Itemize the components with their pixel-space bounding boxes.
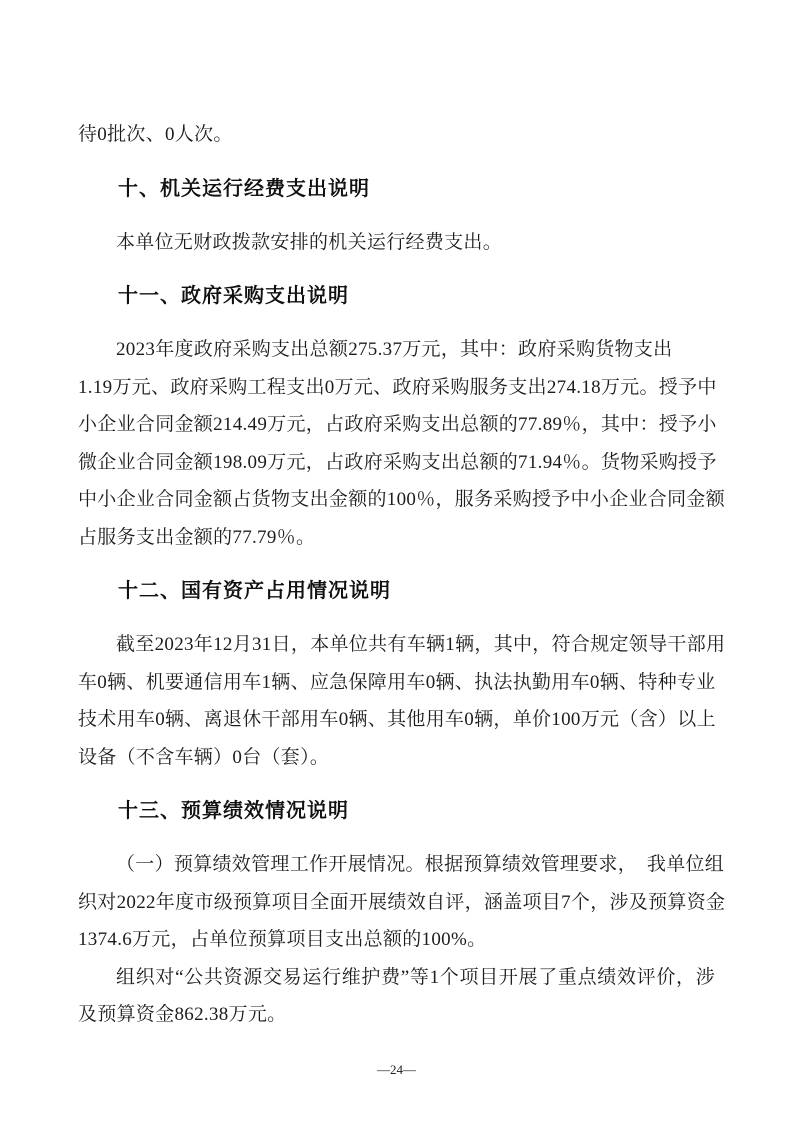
body-line: 2023年度政府采购支出总额275.37万元，其中：政府采购货物支出: [78, 331, 715, 369]
paragraph: 2023年度政府采购支出总额275.37万元，其中：政府采购货物支出 1.19万…: [78, 331, 715, 556]
continuation-paragraph: 待0批次、0人次。: [78, 116, 715, 154]
body-line: 微企业合同金额198.09万元，占政府采购支出总额的71.94％。货物采购授予: [78, 444, 715, 482]
section-heading-13: 十三、预算绩效情况说明: [78, 792, 715, 830]
body-line: 中小企业合同金额占货物支出金额的100％，服务采购授予中小企业合同金额: [78, 481, 715, 519]
body-line: 1.19万元、政府采购工程支出0万元、政府采购服务支出274.18万元。授予中: [78, 369, 715, 407]
body-line: 截至2023年12月31日，本单位共有车辆1辆，其中，符合规定领导干部用: [78, 626, 715, 664]
document-body: 待0批次、0人次。 十、机关运行经费支出说明 本单位无财政拨款安排的机关运行经费…: [0, 0, 793, 1080]
section-heading-12: 十二、国有资产占用情况说明: [78, 572, 715, 610]
body-line: 1374.6万元，占单位预算项目支出总额的100%。: [78, 921, 715, 959]
paragraph: 截至2023年12月31日，本单位共有车辆1辆，其中，符合规定领导干部用 车0辆…: [78, 626, 715, 776]
section-heading-10: 十、机关运行经费支出说明: [78, 170, 715, 208]
body-line: （一）预算绩效管理工作开展情况。根据预算绩效管理要求， 我单位组: [78, 846, 715, 884]
paragraph: 组织对“公共资源交易运行维护费”等1个项目开展了重点绩效评价，涉 及预算资金86…: [78, 959, 715, 1034]
document-page: 待0批次、0人次。 十、机关运行经费支出说明 本单位无财政拨款安排的机关运行经费…: [0, 0, 793, 1122]
section-heading-11: 十一、政府采购支出说明: [78, 277, 715, 315]
body-line: 本单位无财政拨款安排的机关运行经费支出。: [78, 224, 715, 262]
body-line: 小企业合同金额214.49万元，占政府采购支出总额的77.89％，其中：授予小: [78, 406, 715, 444]
body-line: 组织对“公共资源交易运行维护费”等1个项目开展了重点绩效评价，涉: [78, 959, 715, 997]
body-line: 技术用车0辆、离退休干部用车0辆、其他用车0辆，单价100万元（含）以上: [78, 701, 715, 739]
body-line: 占服务支出金额的77.79％。: [78, 519, 715, 557]
body-line: 织对2022年度市级预算项目全面开展绩效自评，涵盖项目7个，涉及预算资金: [78, 884, 715, 922]
paragraph: 本单位无财政拨款安排的机关运行经费支出。: [78, 224, 715, 262]
page-number: —24—: [78, 1060, 715, 1080]
body-line: 待0批次、0人次。: [78, 116, 715, 154]
body-line: 设备（不含车辆）0台（套）。: [78, 739, 715, 777]
paragraph: （一）预算绩效管理工作开展情况。根据预算绩效管理要求， 我单位组 织对2022年…: [78, 846, 715, 959]
body-line: 及预算资金862.38万元。: [78, 996, 715, 1034]
body-line: 车0辆、机要通信用车1辆、应急保障用车0辆、执法执勤用车0辆、特种专业: [78, 664, 715, 702]
